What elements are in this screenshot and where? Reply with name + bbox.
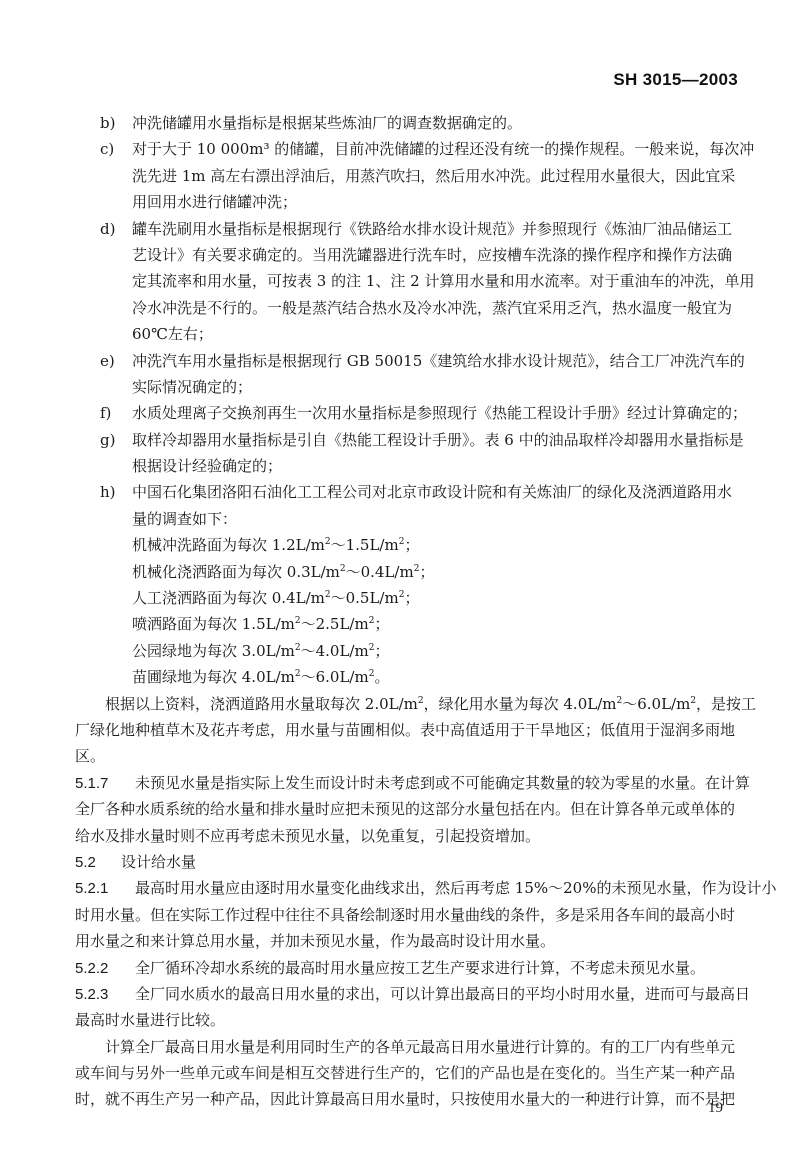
section-text-continued: 时用水量。但在实际工作过程中往往不具备绘制逐时用水量曲线的条件，多是采用各车间的… — [75, 902, 739, 928]
final-paragraph-line: 计算全厂最高日用水量是利用同时生产的各单元最高日用水量进行计算的。有的工厂内有些… — [75, 1034, 739, 1060]
item-text: 水质处理离子交换剂再生一次用水量指标是参照现行《热能工程设计手册》经过计算确定的… — [132, 404, 747, 422]
item-text-continued: 实际情况确定的； — [75, 374, 739, 400]
list-item-e: e) 冲洗汽车用水量指标是根据现行 GB 50015《建筑给水排水设计规范》，结… — [75, 348, 739, 374]
section-number: 5.2 — [75, 850, 121, 876]
list-label: e) — [100, 348, 115, 374]
section-text-continued: 给水及排水量时则不应再考虑未预见水量，以免重复，引起投资增加。 — [75, 823, 739, 849]
list-label: d) — [100, 216, 115, 242]
item-text-continued: 定其流率和用水量，可按表 3 的注 1、注 2 计算用水量和用水流率。对于重油车… — [75, 268, 739, 294]
item-text-continued: 用回用水进行储罐冲洗； — [75, 189, 739, 215]
list-label: h) — [100, 479, 116, 505]
summary-line: 厂绿化地种植草木及花卉考虑，用水量与苗圃相似。表中高值适用于干旱地区；低值用于湿… — [75, 717, 739, 743]
final-paragraph-line: 或车间与另外一些单元或车间是相互交替进行生产的，它们的产品也是在变化的。当生产某… — [75, 1060, 739, 1086]
section-number: 5.2.2 — [75, 956, 135, 982]
list-item-h: h) 中国石化集团洛阳石油化工工程公司对北京市政设计院和有关炼油厂的绿化及浇洒道… — [75, 479, 739, 505]
list-item-b: b) 冲洗储罐用水量指标是根据某些炼油厂的调查数据确定的。 — [75, 110, 739, 136]
section-5-2-2: 5.2.2全厂循环冷却水系统的最高时用水量应按工艺生产要求进行计算，不考虑未预见… — [75, 955, 739, 981]
item-text-continued: 洗先进 1m 高左右漂出浮油后，用蒸汽吹扫，然后用水冲洗。此过程用水量很大，因此… — [75, 163, 739, 189]
item-text: 罐车洗刷用水量指标是根据现行《铁路给水排水设计规范》并参照现行《炼油厂油品储运工 — [132, 220, 732, 238]
list-item-g: g) 取样冷却器用水量指标是引自《热能工程设计手册》。表 6 中的油品取样冷却器… — [75, 427, 739, 453]
item-text: 中国石化集团洛阳石油化工工程公司对北京市政设计院和有关炼油厂的绿化及浇洒道路用水 — [132, 483, 732, 501]
section-number: 5.2.1 — [75, 876, 135, 902]
item-text: 冲洗汽车用水量指标是根据现行 GB 50015《建筑给水排水设计规范》，结合工厂… — [132, 352, 745, 370]
item-text: 对于大于 10 000m³ 的储罐，目前冲洗储罐的过程还没有统一的操作规程。一般… — [132, 140, 754, 158]
survey-line: 人工浇洒路面为每次 0.4L/m2～0.5L/m2； — [75, 585, 739, 611]
document-code-header: SH 3015—2003 — [613, 70, 738, 90]
survey-line: 机械化浇洒路面为每次 0.3L/m2～0.4L/m2； — [75, 559, 739, 585]
section-text-continued: 全厂各种水质系统的给水量和排水量时应把未预见的这部分水量包括在内。但在计算各单元… — [75, 796, 739, 822]
page-body: b) 冲洗储罐用水量指标是根据某些炼油厂的调查数据确定的。 c) 对于大于 10… — [75, 110, 739, 1113]
item-text-continued: 冷水冲洗是不行的。一般是蒸汽结合热水及冷水冲洗，蒸汽宜采用乏汽，热水温度一般宜为 — [75, 295, 739, 321]
section-5-2-3: 5.2.3全厂同水质水的最高日用水量的求出，可以计算出最高日的平均小时用水量，进… — [75, 981, 739, 1007]
summary-line: 区。 — [75, 743, 739, 769]
list-item-d: d) 罐车洗刷用水量指标是根据现行《铁路给水排水设计规范》并参照现行《炼油厂油品… — [75, 216, 739, 242]
list-label: c) — [100, 136, 114, 162]
section-number: 5.2.3 — [75, 982, 135, 1008]
survey-line: 苗圃绿地为每次 4.0L/m2～6.0L/m2。 — [75, 664, 739, 690]
item-text-continued: 艺设计》有关要求确定的。当用洗罐器进行洗车时，应按槽车洗涤的操作程序和操作方法确 — [75, 242, 739, 268]
section-number: 5.1.7 — [75, 771, 135, 797]
section-5-1-7: 5.1.7未预见水量是指实际上发生而设计时未考虑到或不可能确定其数量的较为零星的… — [75, 770, 739, 796]
survey-line: 机械冲洗路面为每次 1.2L/m2～1.5L/m2； — [75, 532, 739, 558]
list-label: b) — [100, 110, 115, 136]
section-heading-5-2: 5.2设计给水量 — [75, 849, 739, 875]
item-text-continued: 60℃左右； — [75, 321, 739, 347]
page-number: 19 — [708, 1100, 723, 1117]
list-item-c: c) 对于大于 10 000m³ 的储罐，目前冲洗储罐的过程还没有统一的操作规程… — [75, 136, 739, 162]
item-text: 取样冷却器用水量指标是引自《热能工程设计手册》。表 6 中的油品取样冷却器用水量… — [132, 431, 744, 449]
item-text: 冲洗储罐用水量指标是根据某些炼油厂的调查数据确定的。 — [132, 114, 522, 132]
list-label: f) — [100, 400, 111, 426]
item-text-continued: 根据设计经验确定的； — [75, 453, 739, 479]
list-item-f: f) 水质处理离子交换剂再生一次用水量指标是参照现行《热能工程设计手册》经过计算… — [75, 400, 739, 426]
item-text-continued: 量的调查如下： — [75, 506, 739, 532]
section-title: 设计给水量 — [121, 853, 196, 871]
section-text-continued: 用水量之和来计算总用水量，并加未预见水量，作为最高时设计用水量。 — [75, 928, 739, 954]
section-5-2-1: 5.2.1最高时用水量应由逐时用水量变化曲线求出，然后再考虑 15%～20%的未… — [75, 875, 739, 901]
summary-line: 根据以上资料，浇洒道路用水量取每次 2.0L/m2，绿化用水量为每次 4.0L/… — [75, 691, 739, 717]
final-paragraph-line: 时，就不再生产另一种产品，因此计算最高日用水量时，只按使用水量大的一种进行计算，… — [75, 1086, 739, 1112]
survey-line: 喷洒路面为每次 1.5L/m2～2.5L/m2； — [75, 611, 739, 637]
survey-line: 公园绿地为每次 3.0L/m2～4.0L/m2； — [75, 638, 739, 664]
section-text-continued: 最高时水量进行比较。 — [75, 1007, 739, 1033]
list-label: g) — [100, 427, 115, 453]
